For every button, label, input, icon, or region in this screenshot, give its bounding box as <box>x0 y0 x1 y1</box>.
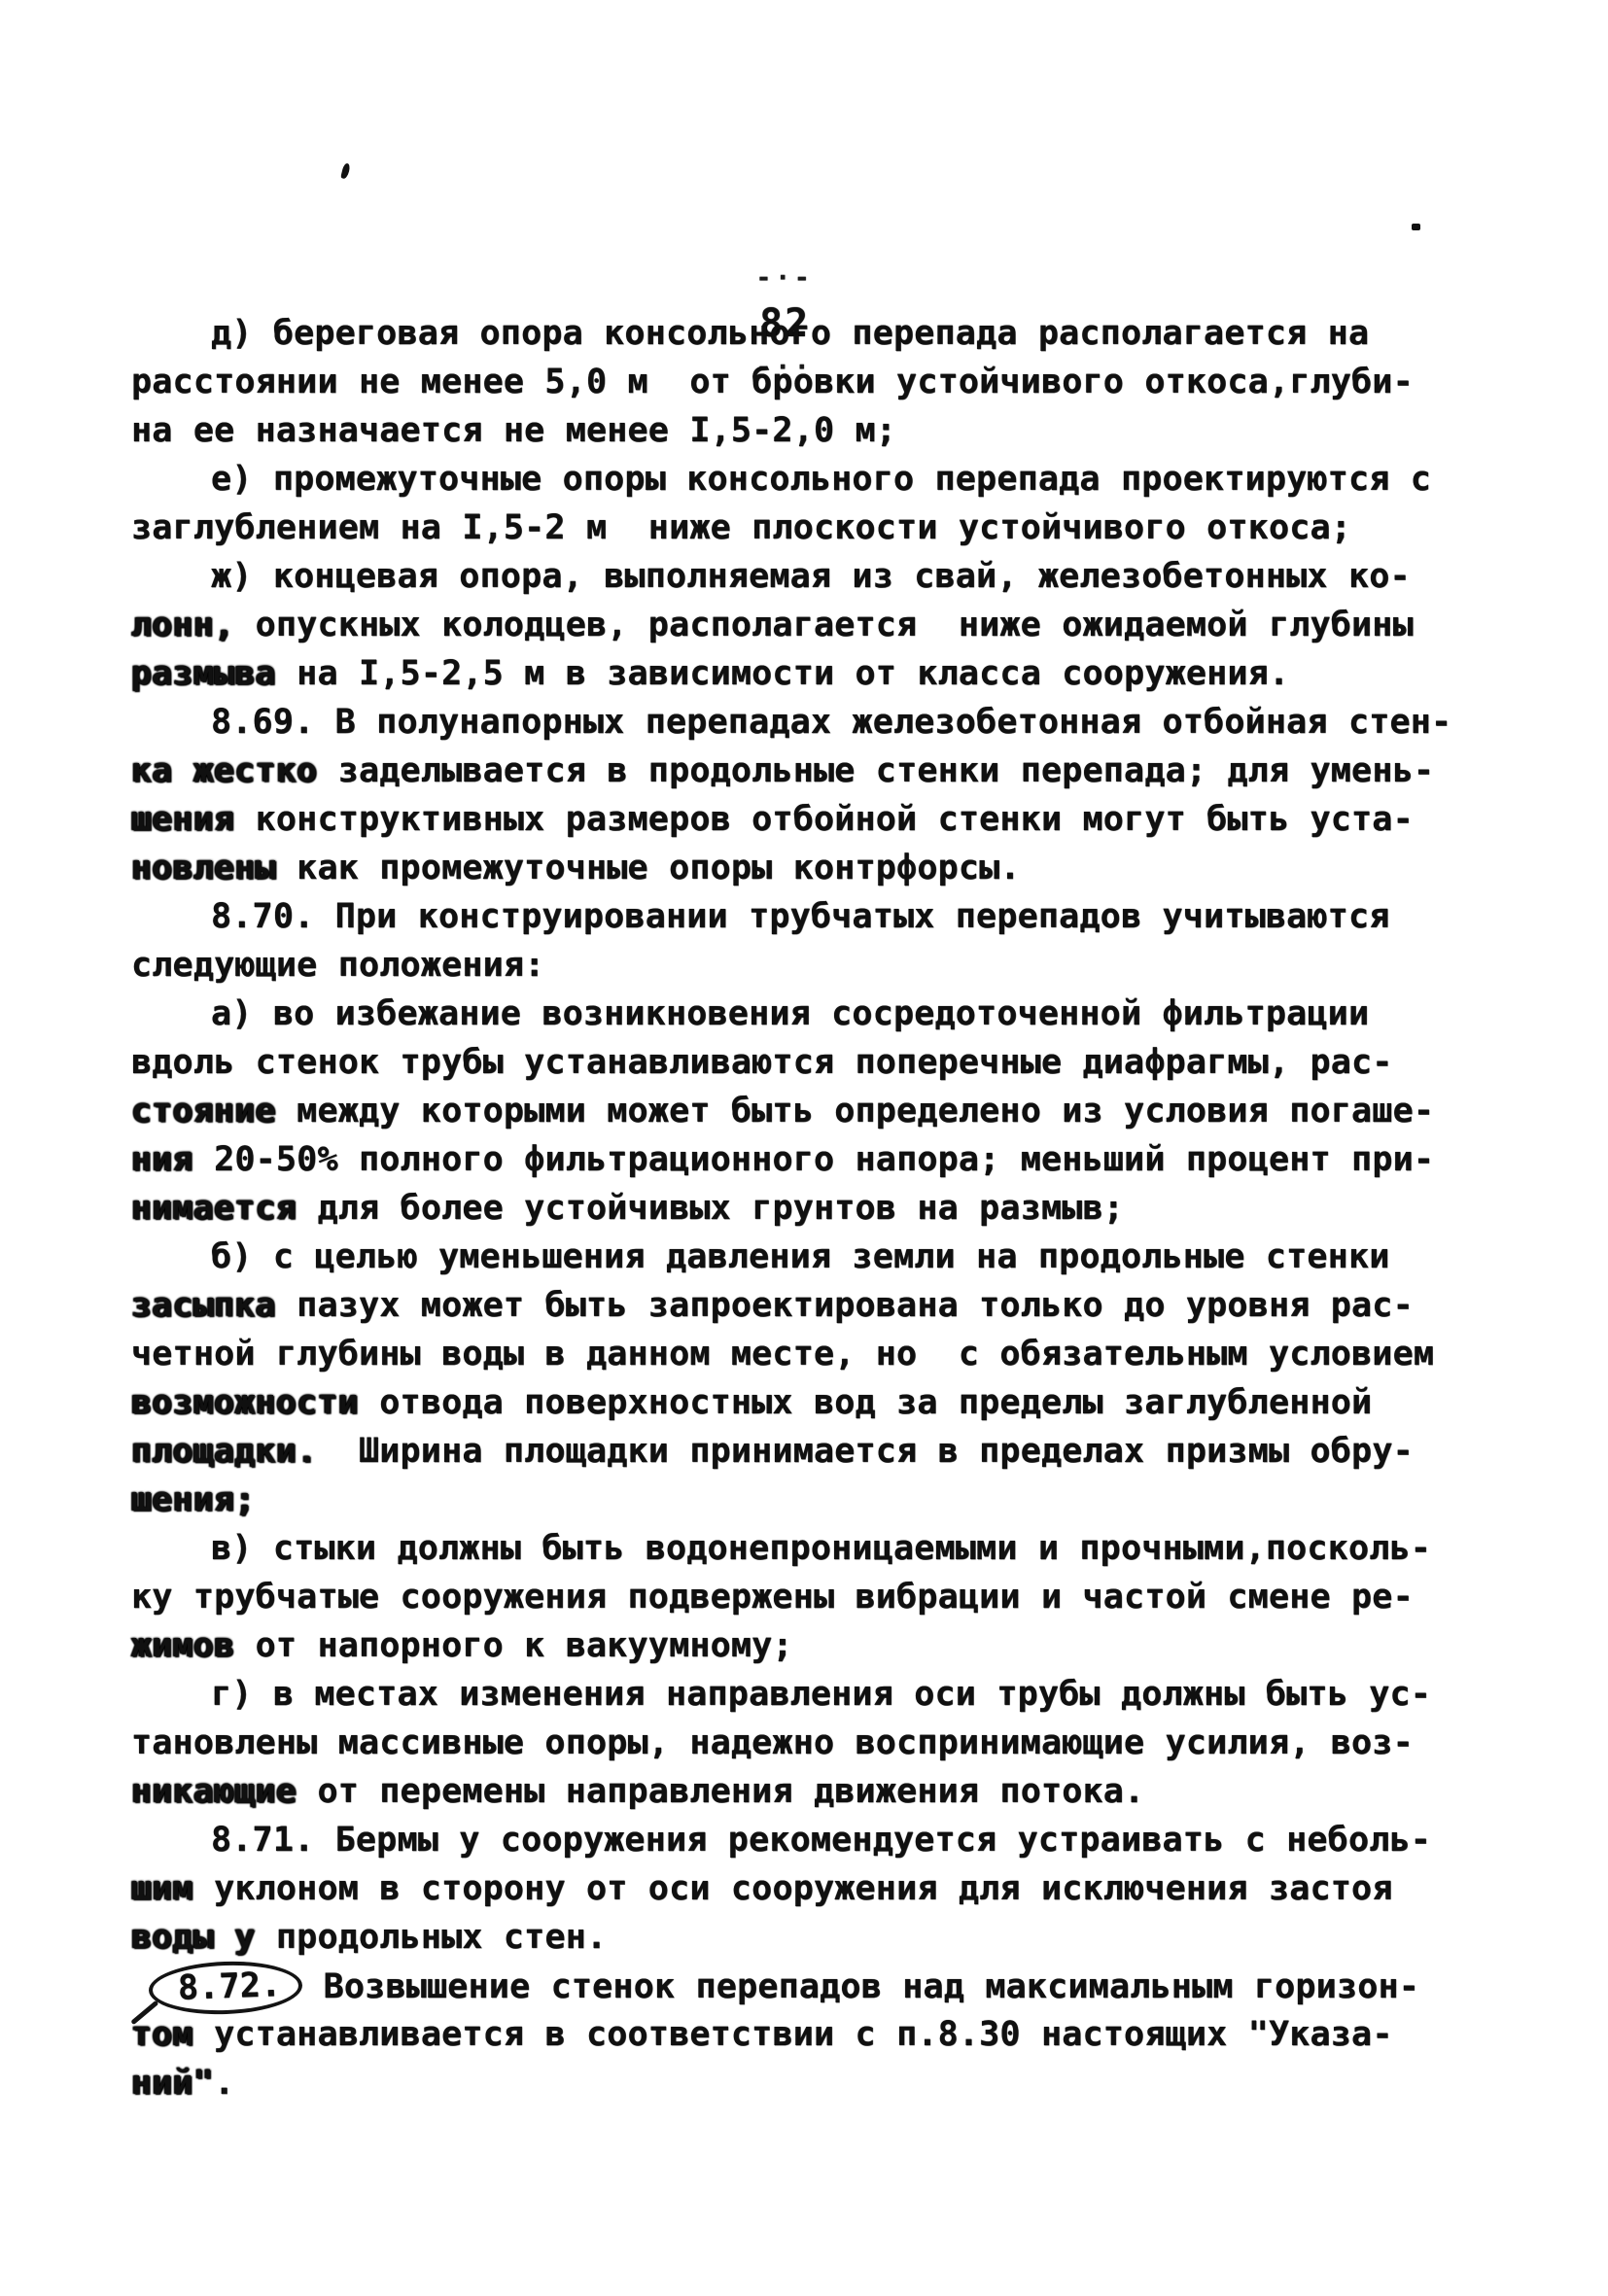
smudged-word: жимов <box>131 1626 234 1665</box>
text-line: д) береговая опора консольного перепада … <box>131 309 1492 358</box>
smudged-word: шения <box>131 800 234 839</box>
text-line-segment: конструктивных размеров отбойной стенки … <box>234 800 1414 839</box>
scanned-document-page: -·- 82 -·· д) береговая опора консольног… <box>0 0 1608 2296</box>
text-line: шения конструктивных размеров отбойной с… <box>131 795 1492 844</box>
text-line-segment: Ширина площадки принимается в пределах п… <box>317 1432 1413 1471</box>
smudged-word: шения; <box>131 1480 256 1519</box>
text-line-segment: для более устойчивых грунтов на размыв; <box>297 1189 1124 1228</box>
text-line-segment: устанавливается в соответствии с п.8.30 … <box>193 2015 1393 2054</box>
text-line-segment: от напорного к вакуумному; <box>234 1626 792 1665</box>
text-line: ку трубчатые сооружения подвержены вибра… <box>131 1573 1492 1621</box>
text-line: стояние между которыми может быть опреде… <box>131 1087 1492 1135</box>
smudged-word: нимается <box>131 1189 297 1228</box>
ink-speck-dot <box>1412 224 1420 230</box>
text-line: на ее назначается не менее I,5-2,0 м; <box>131 406 1492 455</box>
text-line-segment: заделывается в продольные стенки перепад… <box>317 751 1434 790</box>
text-line-segment: как промежуточные опоры контрфорсы. <box>276 849 1021 887</box>
header-dash-left: -·- <box>756 263 814 293</box>
smudged-word: никающие <box>131 1772 297 1811</box>
text-line: новлены как промежуточные опоры контрфор… <box>131 844 1492 892</box>
text-line: ний". <box>131 2059 1492 2107</box>
text-line: возможности отвода поверхностных вод за … <box>131 1378 1492 1427</box>
text-line: г) в местах изменения направления оси тр… <box>131 1670 1492 1719</box>
text-line-segment: Возвышение стенок перепадов над максимал… <box>302 1967 1419 2006</box>
smudged-word: новлены <box>131 849 276 887</box>
circled-section-number: 8.72. <box>148 1959 303 2016</box>
text-line: следующие положения: <box>131 941 1492 990</box>
smudged-word: ний" <box>131 2064 214 2103</box>
text-line: воды у продольных стен. <box>131 1913 1492 1962</box>
smudged-word: ка жестко <box>131 751 317 790</box>
text-line: шим уклоном в сторону от оси сооружения … <box>131 1864 1492 1913</box>
text-line: никающие от перемены направления движени… <box>131 1767 1492 1816</box>
text-line: расстоянии не менее 5,0 м от бровки усто… <box>131 358 1492 406</box>
text-line-segment: продольных стен. <box>256 1918 608 1957</box>
document-text-block: д) береговая опора консольного перепада … <box>131 309 1492 2107</box>
text-line-segment: . <box>214 2064 234 2103</box>
text-line: ж) концевая опора, выполняемая из свай, … <box>131 552 1492 601</box>
text-line: шения; <box>131 1476 1492 1524</box>
smudged-word: стояние <box>131 1092 276 1131</box>
text-line: 8.71. Бермы у сооружения рекомендуется у… <box>131 1816 1492 1864</box>
text-line-segment: 20-50% полного фильтрационного напора; м… <box>193 1140 1434 1179</box>
text-line-segment: отвода поверхностных вод за пределы загл… <box>359 1383 1372 1422</box>
smudged-word: возможности <box>131 1383 359 1422</box>
text-line-segment: от перемены направления движения потока. <box>297 1772 1144 1811</box>
text-line-segment: между которыми может быть определено из … <box>276 1092 1434 1131</box>
smudged-word: размыва <box>131 654 276 693</box>
text-line: нимается для более устойчивых грунтов на… <box>131 1184 1492 1233</box>
smudged-word: том <box>131 2015 193 2054</box>
text-line-segment: уклоном в сторону от оси сооружения для … <box>193 1869 1393 1908</box>
text-line: том устанавливается в соответствии с п.8… <box>131 2010 1492 2059</box>
text-line: лонн, опускных колодцев, располагается н… <box>131 601 1492 649</box>
text-line: 8.70. При конструировании трубчатых пере… <box>131 892 1492 941</box>
smudged-word: засыпка <box>131 1286 276 1325</box>
smudged-word: воды у <box>131 1918 256 1957</box>
ink-speck-comma <box>340 162 351 179</box>
text-line-segment: на I,5-2,5 м в зависимости от класса соо… <box>276 654 1289 693</box>
smudged-word: ния <box>131 1140 193 1179</box>
text-line: жимов от напорного к вакуумному; <box>131 1621 1492 1670</box>
text-line: б) с целью уменьшения давления земли на … <box>131 1233 1492 1281</box>
text-line: 8.69. В полунапорных перепадах железобет… <box>131 698 1492 747</box>
smudged-word: шим <box>131 1869 193 1908</box>
text-line: е) промежуточные опоры консольного переп… <box>131 455 1492 504</box>
text-line: вдоль стенок трубы устанавливаются попер… <box>131 1038 1492 1087</box>
smudged-word: лонн, <box>131 606 234 644</box>
smudged-word: площадки. <box>131 1432 317 1471</box>
text-line: а) во избежание возникновения сосредоточ… <box>131 990 1492 1038</box>
text-line: ка жестко заделывается в продольные стен… <box>131 747 1492 795</box>
text-line-segment: пазух может быть запроектирована только … <box>276 1286 1414 1325</box>
text-line: площадки. Ширина площадки принимается в … <box>131 1427 1492 1476</box>
text-line: в) стыки должны быть водонепроницаемыми … <box>131 1524 1492 1573</box>
text-line-segment: опускных колодцев, располагается ниже ож… <box>234 606 1414 644</box>
text-line: тановлены массивные опоры, надежно воспр… <box>131 1719 1492 1767</box>
text-line: 8.72. Возвышение стенок перепадов над ма… <box>131 1962 1492 2010</box>
text-line: четной глубины воды в данном месте, но с… <box>131 1330 1492 1378</box>
text-line: засыпка пазух может быть запроектирована… <box>131 1281 1492 1330</box>
text-line: размыва на I,5-2,5 м в зависимости от кл… <box>131 649 1492 698</box>
text-line: заглублением на I,5-2 м ниже плоскости у… <box>131 504 1492 552</box>
text-line: ния 20-50% полного фильтрационного напор… <box>131 1135 1492 1184</box>
